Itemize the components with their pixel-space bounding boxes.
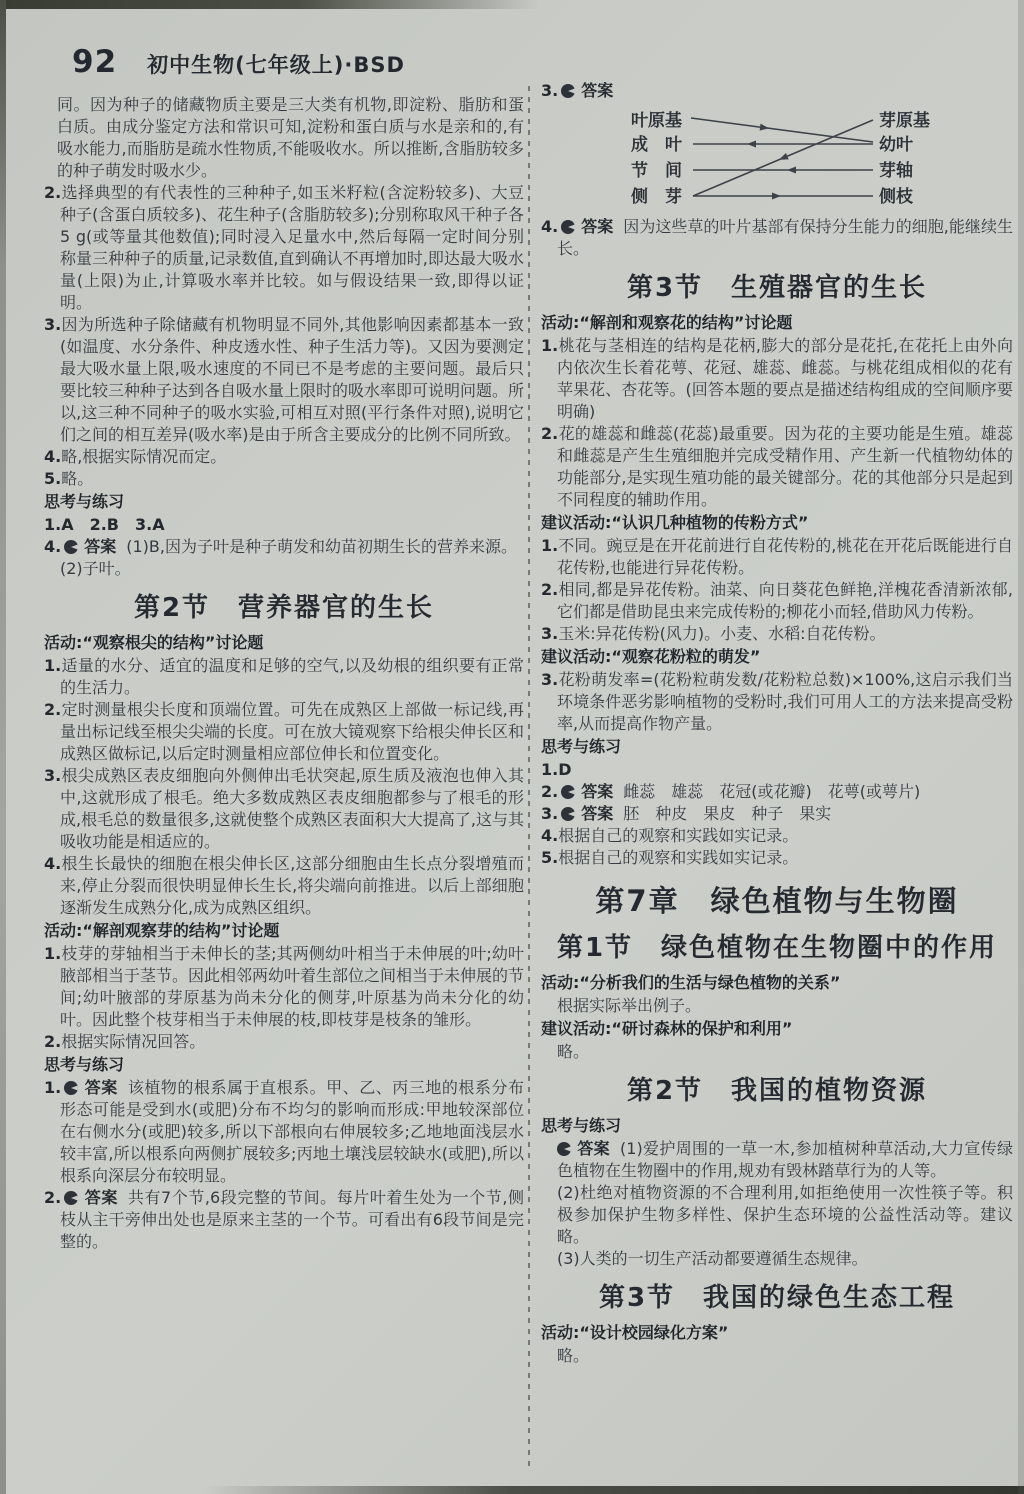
answer-label: 答案 bbox=[581, 804, 613, 823]
matching-lines-svg: 叶原基 成 叶 节 间 侧 芽 芽原基 幼叶 芽轴 侧枝 bbox=[629, 108, 939, 212]
item-text: 桃花与茎相连的结构是花柄,膨大的部分是花托,在花托上由外向内依次生长着花萼、花冠… bbox=[557, 336, 1013, 421]
continued-paragraph: 同。因为种子的储藏物质主要是三大类有机物,即淀粉、脂肪和蛋白质。由成分鉴定方法和… bbox=[44, 94, 524, 182]
item-number: 3. bbox=[541, 624, 558, 643]
answer-label: 答案 bbox=[84, 1078, 118, 1097]
answer-item: 1.枝芽的芽轴相当于未伸长的茎;其两侧幼叶相当于未伸展的叶;幼叶腋部相当于茎节。… bbox=[44, 943, 524, 1031]
answer-item: 2.答案共有7个节,6段完整的节间。每片叶着生处为一个节,侧枝从主干旁伸出处也是… bbox=[44, 1187, 524, 1253]
item-text: 该植物的根系属于直根系。甲、乙、丙三地的根系分布形态可能是受到水(或肥)分布不均… bbox=[60, 1078, 524, 1185]
item-text: 花粉萌发率=(花粉粒萌发数/花粉粒总数)×100%,这启示我们当环境条件恶劣影响… bbox=[557, 670, 1013, 733]
item-text: 略,根据实际情况而定。 bbox=[61, 447, 226, 466]
answer-item: 4.根生长最快的细胞在根尖伸长区,这部分细胞由生长点分裂增殖而来,停止分裂而很快… bbox=[44, 853, 524, 919]
item-number: 5. bbox=[541, 848, 558, 867]
section-heading: 第2节 我国的植物资源 bbox=[541, 1074, 1013, 1108]
book-title: 初中生物(七年级上)·BSD bbox=[147, 49, 405, 79]
item-number: 4. bbox=[44, 537, 61, 556]
answer-item: 2.花的雄蕊和雌蕊(花蕊)最重要。因为花的主要功能是生殖。雄蕊和雌蕊是产生生殖细… bbox=[541, 423, 1013, 511]
answer-item: 1.答案该植物的根系属于直根系。甲、乙、丙三地的根系分布形态可能是受到水(或肥)… bbox=[44, 1077, 524, 1187]
answer-item: 1.桃花与茎相连的结构是花柄,膨大的部分是花托,在花托上由外向内依次生长着花萼、… bbox=[541, 335, 1013, 423]
item-text: 略。 bbox=[61, 469, 93, 488]
answer-item: 2.答案雌蕊 雄蕊 花冠(或花瓣) 花萼(或萼片) bbox=[541, 781, 1013, 803]
item-text: 适量的水分、适宜的温度和足够的空气,以及幼根的组织要有正常的生活力。 bbox=[60, 656, 524, 697]
exercise-heading: 思考与练习 bbox=[44, 491, 524, 513]
answer-item: 4.根据自己的观察和实践如实记录。 bbox=[541, 825, 1013, 847]
activity-heading: 活动:“设计校园绿化方案” bbox=[541, 1322, 1013, 1344]
answer-item: 3.答案 bbox=[541, 80, 1013, 102]
item-text: 根据实际情况回答。 bbox=[61, 1032, 205, 1051]
answer-icon bbox=[64, 1081, 78, 1095]
answer-icon bbox=[561, 785, 575, 799]
activity-heading: 活动:“解剖观察芽的结构”讨论题 bbox=[44, 920, 524, 942]
answer-subitem: (2)杜绝对植物资源的不合理利用,如拒绝使用一次性筷子等。积极参加保护生物多样性… bbox=[541, 1182, 1013, 1248]
answer-item: 4.略,根据实际情况而定。 bbox=[44, 446, 524, 468]
connector-leaf-primordium-to-young-leaf bbox=[691, 118, 873, 142]
answer-icon bbox=[561, 84, 575, 98]
page-number: 92 bbox=[72, 44, 117, 80]
answer-item: 5.略。 bbox=[44, 468, 524, 490]
answer-label: 答案 bbox=[581, 217, 613, 236]
item-text: (1)B,因为子叶是种子萌发和幼苗初期生长的营养来源。 bbox=[126, 537, 517, 556]
answer-icon bbox=[64, 540, 78, 554]
diagram-label-lateral-branch: 侧枝 bbox=[879, 186, 913, 207]
answer-label: 答案 bbox=[577, 1139, 610, 1158]
answer-item: 1.适量的水分、适宜的温度和足够的空气,以及幼根的组织要有正常的生活力。 bbox=[44, 655, 524, 699]
diagram-label-mature-leaf: 成 叶 bbox=[631, 134, 683, 155]
item-number: 3. bbox=[541, 804, 558, 823]
item-text: 枝芽的芽轴相当于未伸长的茎;其两侧幼叶相当于未伸展的叶;幼叶腋部相当于茎节。因此… bbox=[60, 944, 524, 1029]
answer-item: 2.相同,都是异花传粉。油菜、向日葵花色鲜艳,洋槐花香清新浓郁,它们都是借助昆虫… bbox=[541, 579, 1013, 623]
item-number: 4. bbox=[541, 826, 558, 845]
answer-icon bbox=[561, 220, 575, 234]
page-edge-right bbox=[1018, 0, 1024, 1494]
item-text: (1)爱护周围的一草一木,参加植树种草活动,大力宣传绿色植物在生物圈中的作用,规… bbox=[557, 1139, 1013, 1180]
item-text: 不同。豌豆是在开花前进行自花传粉的,桃花在开花后既能进行自花传粉,也能进行异花传… bbox=[557, 536, 1013, 577]
item-text: 根据自己的观察和实践如实记录。 bbox=[558, 826, 798, 845]
item-text: 定时测量根尖长度和顶端位置。可先在成熟区上部做一标记线,再量出标记线至根尖尖端的… bbox=[60, 700, 524, 763]
answer-item: 3.因为所选种子除储藏有机物明显不同外,其他影响因素都基本一致(如温度、水分条件… bbox=[44, 314, 524, 446]
diagram-label-bud-primordium: 芽原基 bbox=[879, 110, 930, 131]
activity-heading: 活动:“解剖和观察花的结构”讨论题 bbox=[541, 312, 1013, 334]
activity-heading: 活动:“观察根尖的结构”讨论题 bbox=[44, 632, 524, 654]
item-text: 花的雄蕊和雌蕊(花蕊)最重要。因为花的主要功能是生殖。雄蕊和雌蕊是产生生殖细胞并… bbox=[557, 424, 1013, 509]
answer-plain: 略。 bbox=[541, 1041, 1013, 1063]
item-number: 1. bbox=[44, 944, 61, 963]
item-text: 根尖成熟区表皮细胞向外侧伸出毛状突起,原生质及液泡也伸入其中,这就形成了根毛。绝… bbox=[60, 766, 524, 851]
diagram-label-young-leaf: 幼叶 bbox=[879, 134, 914, 155]
column-divider bbox=[528, 86, 530, 1470]
answer-label: 答案 bbox=[84, 537, 116, 556]
item-number: 1. bbox=[44, 656, 61, 675]
arrowhead-left bbox=[787, 167, 796, 174]
answer-label: 答案 bbox=[581, 81, 613, 100]
answer-item: 答案(1)爱护周围的一草一木,参加植树种草活动,大力宣传绿色植物在生物圈中的作用… bbox=[541, 1138, 1013, 1182]
answer-item: 3.玉米:异花传粉(风力)。小麦、水稻:自花传粉。 bbox=[541, 623, 1013, 645]
answer-subitem: (2)子叶。 bbox=[44, 558, 524, 580]
answer-item: 2.选择典型的有代表性的三种种子,如玉米籽粒(含淀粉较多)、大豆种子(含蛋白质较… bbox=[44, 182, 524, 314]
page-edge-bottom bbox=[0, 1486, 1024, 1494]
left-column: 同。因为种子的储藏物质主要是三大类有机物,即淀粉、脂肪和蛋白质。由成分鉴定方法和… bbox=[44, 94, 524, 1253]
item-number: 3. bbox=[44, 315, 61, 334]
item-number: 2. bbox=[541, 782, 558, 801]
answer-item: 2.定时测量根尖长度和顶端位置。可先在成熟区上部做一标记线,再量出标记线至根尖尖… bbox=[44, 699, 524, 765]
item-number: 1. bbox=[541, 536, 558, 555]
activity-heading: 建议活动:“研讨森林的保护和利用” bbox=[541, 1018, 1013, 1040]
arrowhead-left bbox=[747, 141, 756, 148]
diagram-label-bud-axis: 芽轴 bbox=[879, 160, 913, 181]
section-heading: 第3节 生殖器官的生长 bbox=[541, 271, 1013, 305]
right-column: 3.答案 叶原基 成 叶 bbox=[541, 80, 1013, 1367]
exercise-heading: 思考与练习 bbox=[541, 736, 1013, 758]
chapter-heading: 第7章 绿色植物与生物圈 bbox=[541, 882, 1013, 920]
item-text: 根生长最快的细胞在根尖伸长区,这部分细胞由生长点分裂增殖而来,停止分裂而很快明显… bbox=[60, 854, 524, 917]
item-number: 2. bbox=[44, 1188, 61, 1207]
answer-subitem: (3)人类的一切生产活动都要遵循生态规律。 bbox=[541, 1248, 1013, 1270]
scanned-book-page: 92 初中生物(七年级上)·BSD 同。因为种子的储藏物质主要是三大类有机物,即… bbox=[0, 0, 1024, 1494]
item-text: 雌蕊 雄蕊 花冠(或花瓣) 花萼(或萼片) bbox=[623, 782, 920, 801]
item-text: 共有7个节,6段完整的节间。每片叶着生处为一个节,侧枝从主干旁伸出处也是原来主茎… bbox=[60, 1188, 524, 1251]
page-header: 92 初中生物(七年级上)·BSD bbox=[72, 44, 405, 80]
answer-plain: 根据实际举出例子。 bbox=[541, 995, 1013, 1017]
choice-answers: 1.A 2.B 3.A bbox=[44, 514, 524, 536]
bud-structure-matching-diagram: 叶原基 成 叶 节 间 侧 芽 芽原基 幼叶 芽轴 侧枝 bbox=[629, 108, 1013, 212]
section-heading: 第2节 营养器官的生长 bbox=[44, 591, 524, 625]
answer-item: 4.答案(1)B,因为子叶是种子萌发和幼苗初期生长的营养来源。 bbox=[44, 536, 524, 558]
exercise-heading: 思考与练习 bbox=[44, 1054, 524, 1076]
answer-item: 5.根据自己的观察和实践如实记录。 bbox=[541, 847, 1013, 869]
activity-heading: 建议活动:“认识几种植物的传粉方式” bbox=[541, 512, 1013, 534]
item-text: 根据自己的观察和实践如实记录。 bbox=[558, 848, 798, 867]
item-number: 2. bbox=[541, 424, 558, 443]
item-number: 4. bbox=[541, 217, 558, 236]
exercise-heading: 思考与练习 bbox=[541, 1115, 1013, 1137]
section-heading: 第1节 绿色植物在生物圈中的作用 bbox=[541, 931, 1013, 965]
diagram-label-internode: 节 间 bbox=[631, 160, 682, 181]
item-text: 玉米:异花传粉(风力)。小麦、水稻:自花传粉。 bbox=[558, 624, 885, 643]
answer-icon bbox=[557, 1142, 571, 1156]
section-heading: 第3节 我国的绿色生态工程 bbox=[541, 1281, 1013, 1315]
arrowhead-down-left bbox=[778, 153, 789, 163]
answer-icon bbox=[64, 1191, 78, 1205]
item-number: 3. bbox=[44, 766, 61, 785]
item-number: 5. bbox=[44, 469, 61, 488]
item-number: 3. bbox=[541, 670, 558, 689]
answer-item: 2.根据实际情况回答。 bbox=[44, 1031, 524, 1053]
item-number: 1. bbox=[44, 1078, 61, 1097]
item-text: 因为这些草的叶片基部有保持分生能力的细胞,能继续生长。 bbox=[557, 217, 1013, 258]
arrowhead-right bbox=[772, 193, 781, 200]
answer-item: 4.答案因为这些草的叶片基部有保持分生能力的细胞,能继续生长。 bbox=[541, 216, 1013, 260]
choice-answer: 1.D bbox=[541, 759, 1013, 781]
answer-label: 答案 bbox=[581, 782, 613, 801]
page-edge-left bbox=[0, 0, 6, 1494]
answer-plain: 略。 bbox=[541, 1345, 1013, 1367]
diagram-label-lateral-bud: 侧 芽 bbox=[631, 186, 682, 207]
answer-item: 3.答案胚 种皮 果皮 种子 果实 bbox=[541, 803, 1013, 825]
answer-item: 3.根尖成熟区表皮细胞向外侧伸出毛状突起,原生质及液泡也伸入其中,这就形成了根毛… bbox=[44, 765, 524, 853]
item-number: 2. bbox=[44, 1032, 61, 1051]
item-number: 2. bbox=[44, 700, 61, 719]
item-number: 2. bbox=[541, 580, 558, 599]
item-number: 2. bbox=[44, 183, 61, 202]
diagram-label-leaf-primordium: 叶原基 bbox=[631, 110, 682, 131]
activity-heading: 建议活动:“观察花粉粒的萌发” bbox=[541, 646, 1013, 668]
item-text: 因为所选种子除储藏有机物明显不同外,其他影响因素都基本一致(如温度、水分条件、种… bbox=[60, 315, 524, 444]
item-text: 相同,都是异花传粉。油菜、向日葵花色鲜艳,洋槐花香清新浓郁,它们都是借助昆虫来完… bbox=[557, 580, 1013, 621]
answer-item: 3.花粉萌发率=(花粉粒萌发数/花粉粒总数)×100%,这启示我们当环境条件恶劣… bbox=[541, 669, 1013, 735]
item-text: 胚 种皮 果皮 种子 果实 bbox=[623, 804, 831, 823]
page-edge-top bbox=[0, 0, 540, 9]
answer-item: 1.不同。豌豆是在开花前进行自花传粉的,桃花在开花后既能进行自花传粉,也能进行异… bbox=[541, 535, 1013, 579]
item-number: 1. bbox=[541, 336, 558, 355]
activity-heading: 活动:“分析我们的生活与绿色植物的关系” bbox=[541, 972, 1013, 994]
item-number: 3. bbox=[541, 81, 558, 100]
item-number: 4. bbox=[44, 447, 61, 466]
item-text: 选择典型的有代表性的三种种子,如玉米籽粒(含淀粉较多)、大豆种子(含蛋白质较多)… bbox=[60, 183, 524, 312]
item-number: 4. bbox=[44, 854, 61, 873]
answer-label: 答案 bbox=[84, 1188, 118, 1207]
answer-icon bbox=[561, 807, 575, 821]
